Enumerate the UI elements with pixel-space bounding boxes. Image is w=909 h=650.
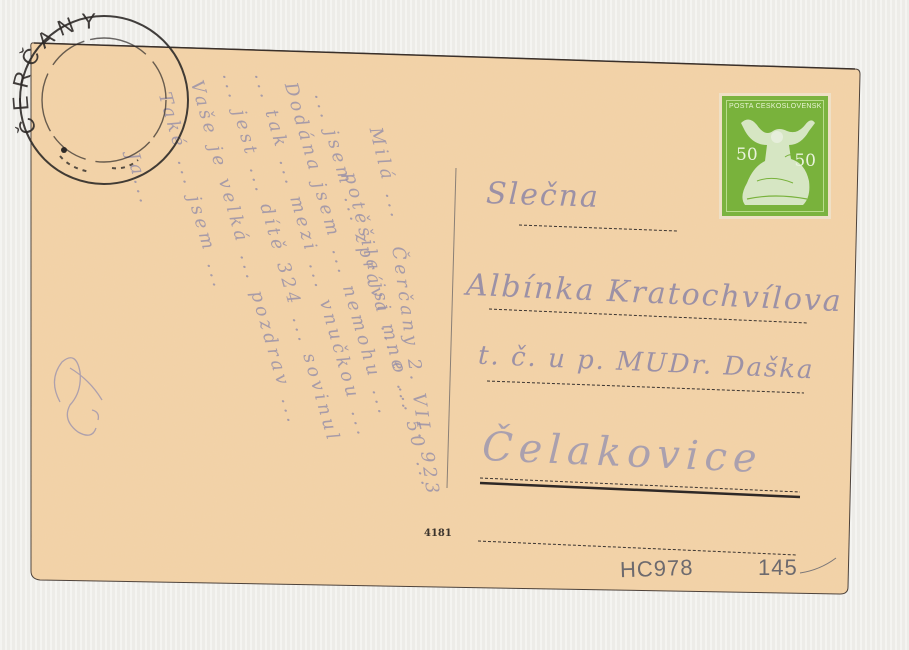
postmark-town: ČERČANY <box>7 8 102 138</box>
stamp-value-right: 50 <box>794 151 816 171</box>
svg-text:ČERČANY: ČERČANY <box>7 8 102 138</box>
address-salutation: Slečna <box>485 176 600 215</box>
print-number: 4181 <box>424 528 452 539</box>
stamp-country-text: POŠTA ČESKOSLOVENSKÁ <box>729 103 821 110</box>
postmark-cancel: ČERČANY <box>0 0 190 190</box>
pencil-number: 145 <box>758 555 798 581</box>
stamp-value-left: 50 <box>736 145 758 165</box>
postage-stamp: POŠTA ČESKOSLOVENSKÁ 50 50 <box>722 96 828 216</box>
pencil-code: HC978 <box>620 555 694 584</box>
stamp-frame: POŠTA ČESKOSLOVENSKÁ 50 50 <box>726 100 824 212</box>
postcard: Čerčany 2. VII. 923 Milá ... potěšila js… <box>0 0 909 650</box>
